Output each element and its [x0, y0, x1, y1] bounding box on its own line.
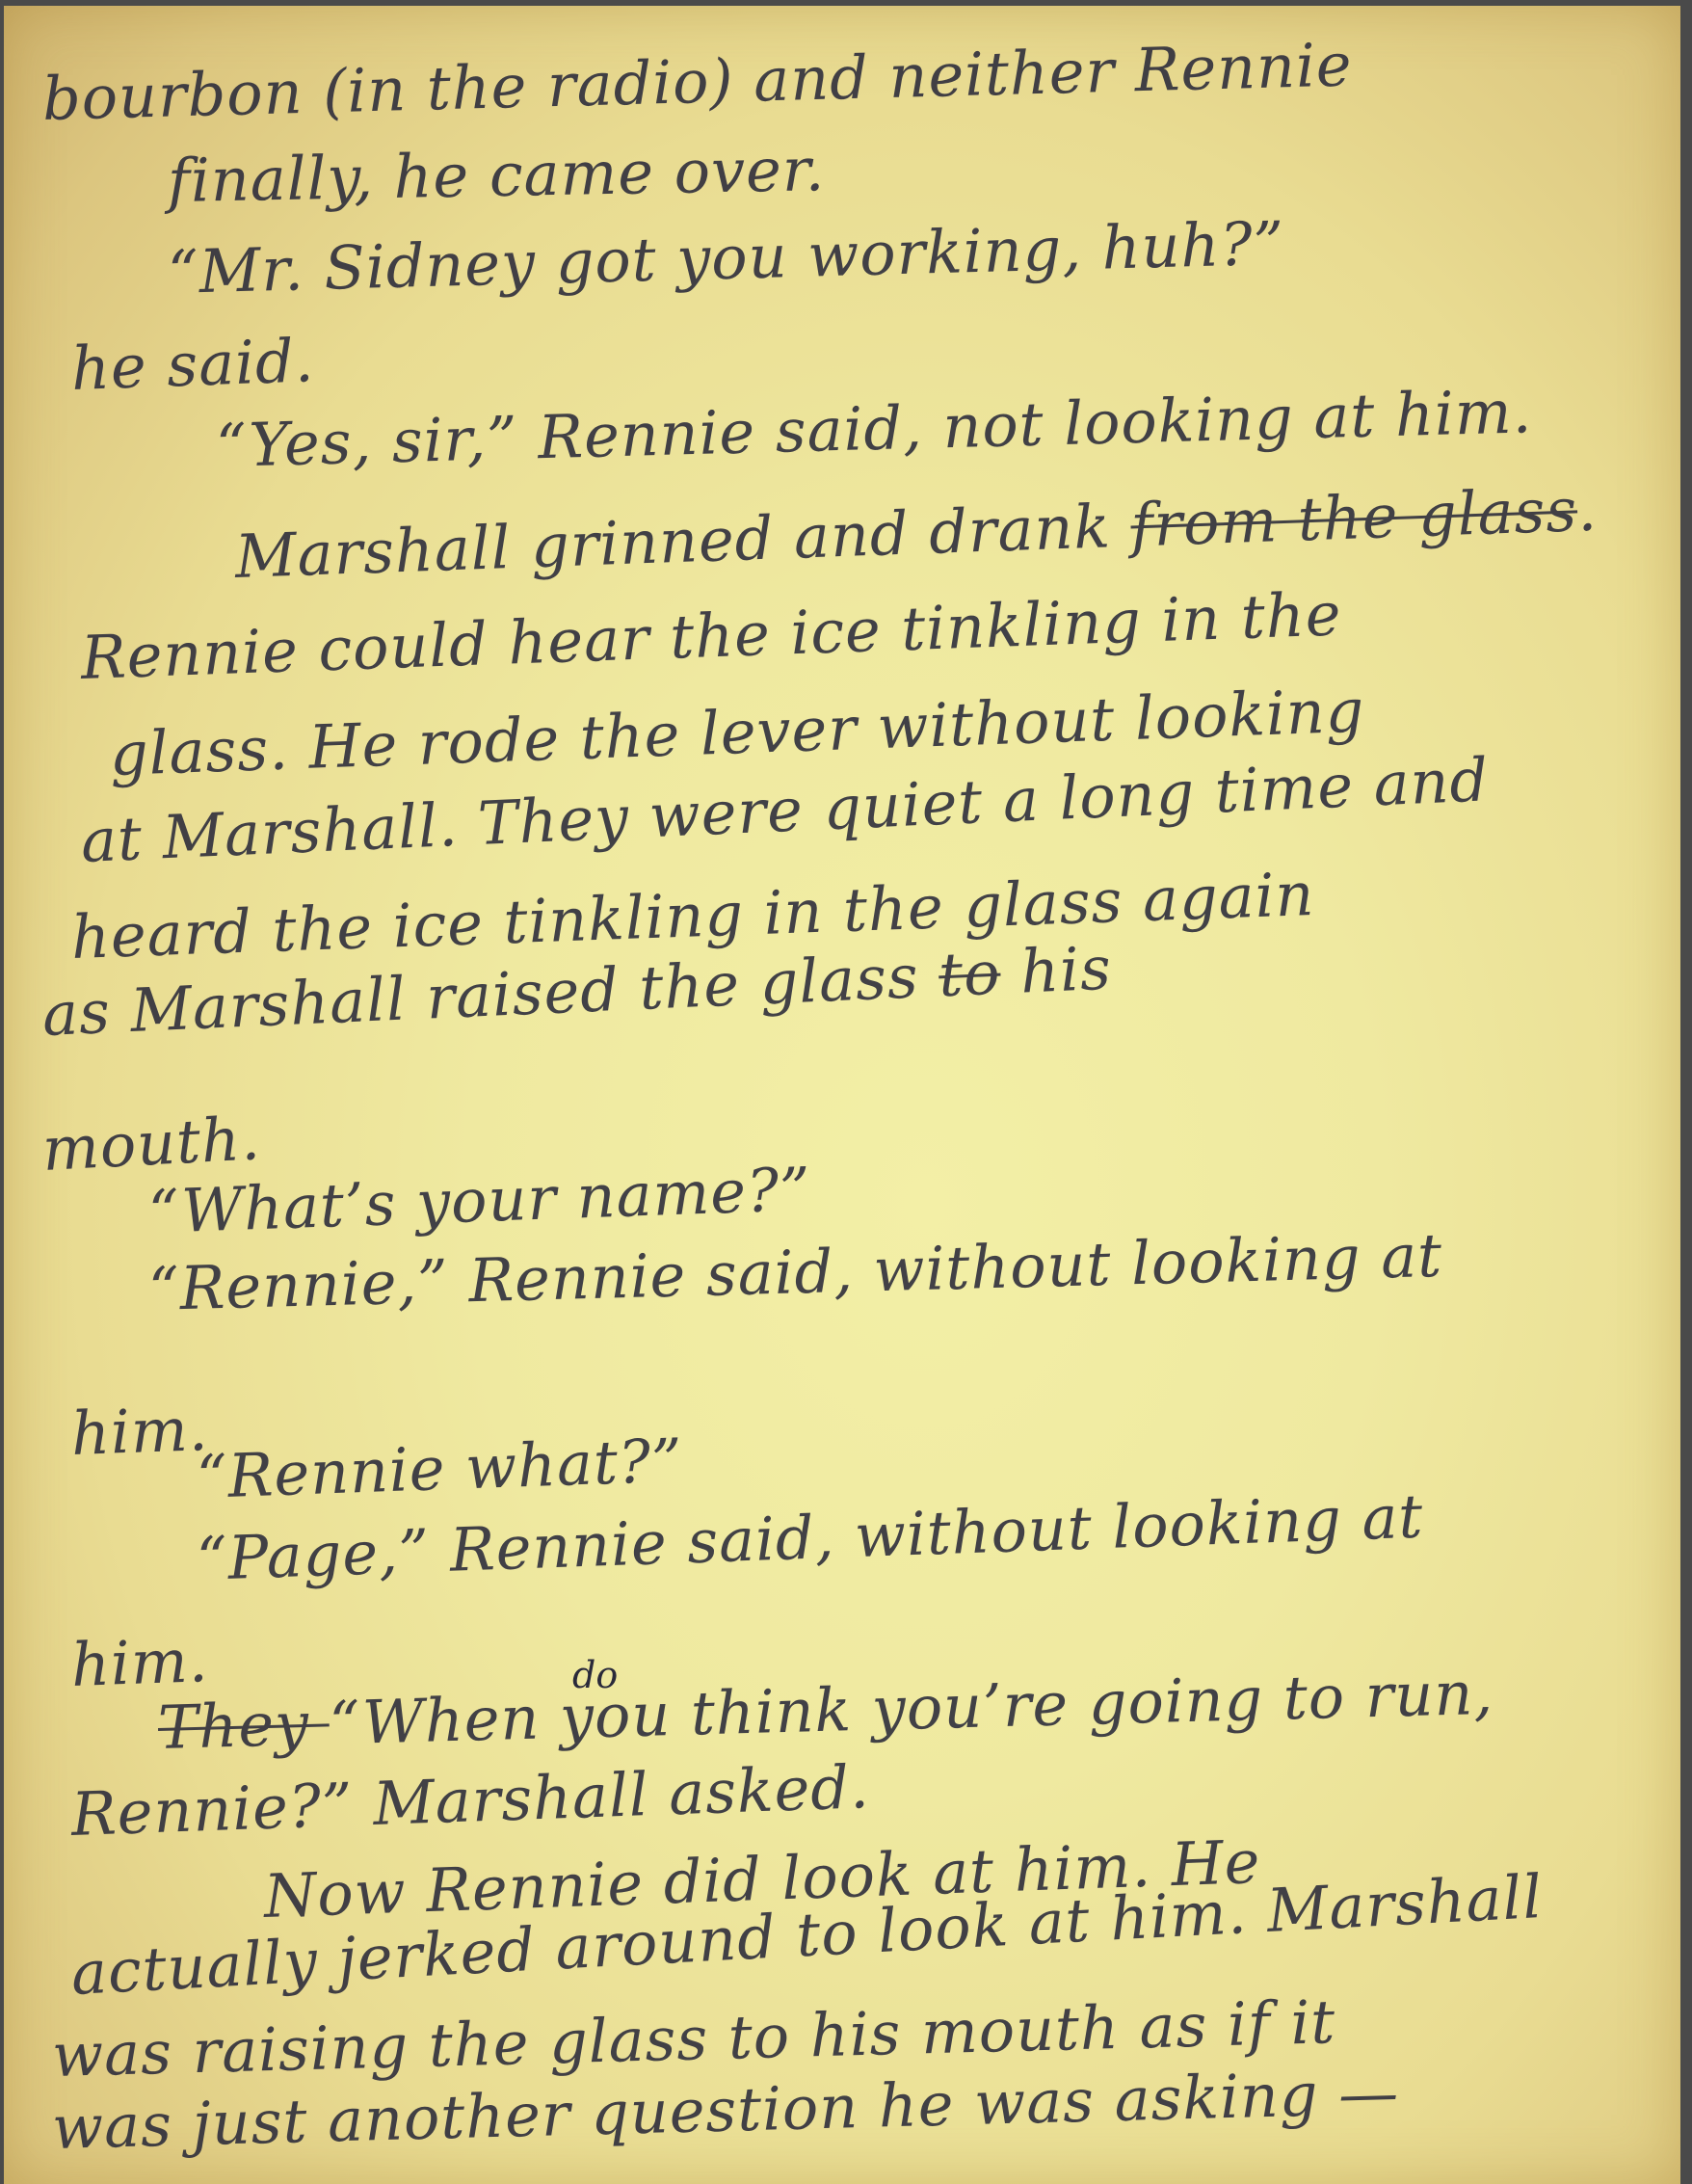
manuscript-line: “Mr. Sidney got you working, huh?” — [167, 208, 1285, 307]
manuscript-line: Rennie could hear the ice tinkling in th… — [80, 578, 1343, 693]
manuscript-page: bourbon (in the radio) and neither Renni… — [4, 6, 1680, 2184]
manuscript-line: bourbon (in the radio) and neither Renni… — [41, 29, 1353, 134]
manuscript-line: They “When you think you’re going to run… — [157, 1658, 1494, 1763]
manuscript-line: him. — [70, 1625, 210, 1700]
manuscript-line: “Rennie what?” — [196, 1425, 684, 1512]
struck-text: from the glass — [1129, 474, 1578, 560]
manuscript-line: he said. — [70, 325, 316, 404]
manuscript-line: “Yes, sir,” Rennie said, not looking at … — [215, 376, 1533, 481]
manuscript-line: finally, he came over. — [167, 134, 825, 216]
manuscript-line: Rennie?” Marshall asked. — [70, 1751, 871, 1850]
manuscript-line: him. — [70, 1394, 210, 1469]
struck-word: They — [157, 1688, 330, 1763]
interlinear-insertion: do — [572, 1654, 618, 1696]
manuscript-line: mouth. — [40, 1103, 262, 1185]
struck-text: to — [938, 938, 1002, 1011]
manuscript-line: Marshall grinned and drank from the glas… — [234, 474, 1599, 592]
